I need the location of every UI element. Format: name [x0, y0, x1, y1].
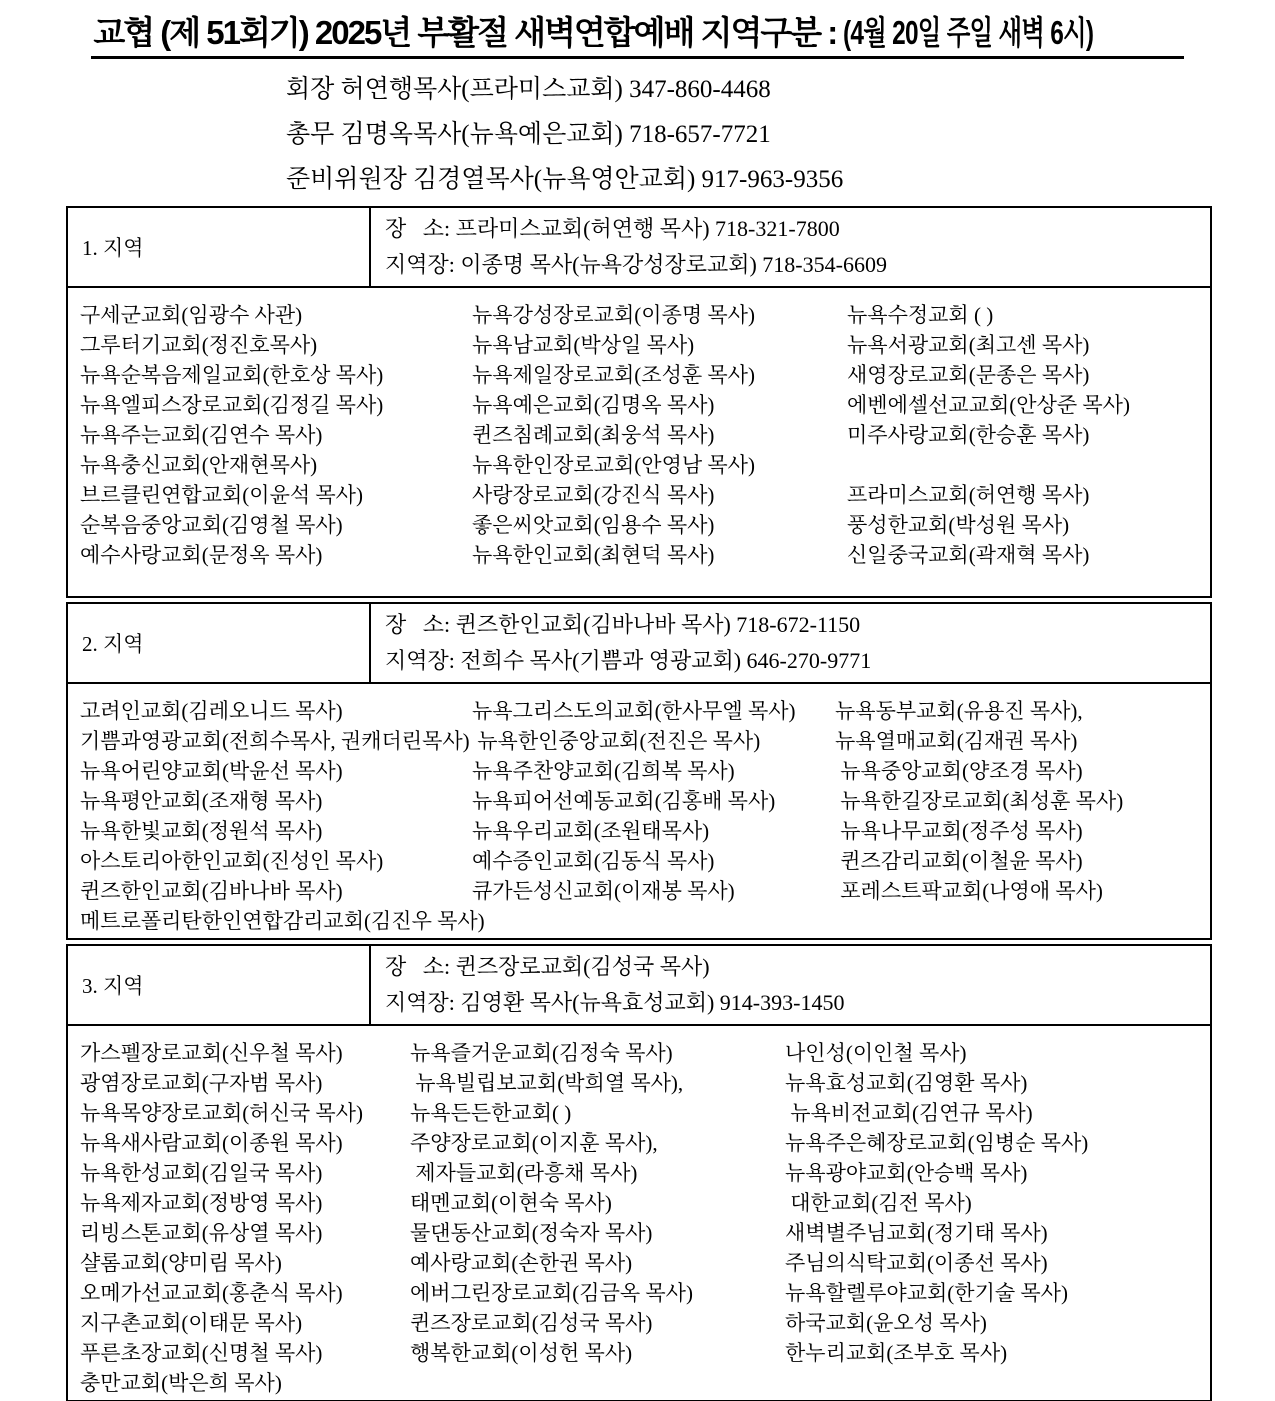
church-cell: 풍성한교회(박성원 목사)	[847, 510, 1069, 540]
section-leader: 지역장: 이종명 목사(뉴욕강성장로교회) 718-354-6609	[385, 247, 887, 283]
church-row: 뉴욕주는교회(김연수 목사)퀸즈침례교회(최웅석 목사)미주사랑교회(한승훈 목…	[80, 420, 1210, 450]
church-cell: 뉴욕한빛교회(정원석 목사)	[80, 816, 472, 846]
church-cell: 새영장로교회(문종은 목사)	[847, 360, 1089, 390]
church-cell: 푸른초장교회(신명철 목사)	[80, 1338, 410, 1368]
church-row: 리빙스톤교회(유상열 목사)물댄동산교회(정숙자 목사)새벽별주님교회(정기태 …	[80, 1218, 1210, 1248]
church-row: 구세군교회(임광수 사관)뉴욕강성장로교회(이종명 목사)뉴욕수정교회 ( )	[80, 300, 1210, 330]
church-cell: 리빙스톤교회(유상열 목사)	[80, 1218, 410, 1248]
section-leader: 지역장: 김영환 목사(뉴욕효성교회) 914-393-1450	[385, 985, 844, 1021]
section-label: 3. 지역	[68, 946, 371, 1024]
church-cell: 대한교회(김전 목사)	[785, 1188, 972, 1218]
church-cell: 뉴욕피어선예동교회(김홍배 목사)	[472, 786, 835, 816]
church-row: 지구촌교회(이태문 목사)퀸즈장로교회(김성국 목사)하국교회(윤오성 목사)	[80, 1308, 1210, 1338]
section-2: 2. 지역장 소: 퀸즈한인교회(김바나바 목사) 718-672-1150지역…	[66, 602, 1212, 940]
church-row: 브르클린연합교회(이윤석 목사)사랑장로교회(강진식 목사)프라미스교회(허연행…	[80, 480, 1210, 510]
church-cell: 뉴욕서광교회(최고센 목사)	[847, 330, 1089, 360]
church-cell: 순복음중앙교회(김영철 목사)	[80, 510, 472, 540]
church-cell: 에벤에셀선교교회(안상준 목사)	[847, 390, 1130, 420]
church-cell: 뉴욕할렐루야교회(한기술 목사)	[785, 1278, 1068, 1308]
church-row: 샬롬교회(양미림 목사)예사랑교회(손한권 목사)주님의식탁교회(이종선 목사)	[80, 1248, 1210, 1278]
church-cell: 뉴욕한길장로교회(최성훈 목사)	[835, 786, 1123, 816]
church-cell: 브르클린연합교회(이윤석 목사)	[80, 480, 472, 510]
church-row: 뉴욕충신교회(안재현목사)뉴욕한인장로교회(안영남 목사)	[80, 450, 1210, 480]
church-cell: 뉴욕그리스도의교회(한사무엘 목사)	[472, 696, 835, 726]
church-row: 뉴욕엘피스장로교회(김정길 목사)뉴욕예은교회(김명옥 목사)에벤에셀선교교회(…	[80, 390, 1210, 420]
church-cell: 퀸즈장로교회(김성국 목사)	[410, 1308, 785, 1338]
section-leader: 지역장: 전희수 목사(기쁨과 영광교회) 646-270-9771	[385, 643, 871, 679]
church-cell: 메트로폴리탄한인연합감리교회(김진우 목사)	[80, 906, 485, 936]
church-cell: 뉴욕충신교회(안재현목사)	[80, 450, 472, 480]
title-date: (4월 20일 주일 새벽 6시)	[843, 12, 1093, 54]
church-row: 기쁨과영광교회(전희수목사, 권캐더린목사) 뉴욕한인중앙교회(전진은 목사)뉴…	[80, 726, 1210, 756]
church-cell: 새벽별주님교회(정기태 목사)	[785, 1218, 1048, 1248]
church-cell	[485, 906, 848, 936]
section-1: 1. 지역장 소: 프라미스교회(허연행 목사) 718-321-7800지역장…	[66, 206, 1212, 598]
church-cell: 샬롬교회(양미림 목사)	[80, 1248, 410, 1278]
church-row: 퀸즈한인교회(김바나바 목사)큐가든성신교회(이재봉 목사) 포레스트팍교회(나…	[80, 876, 1210, 906]
church-cell: 뉴욕한인교회(최현덕 목사)	[472, 540, 847, 570]
church-row: 고려인교회(김레오니드 목사)뉴욕그리스도의교회(한사무엘 목사)뉴욕동부교회(…	[80, 696, 1210, 726]
church-cell: 지구촌교회(이태문 목사)	[80, 1308, 410, 1338]
officers-block: 회장 허연행목사(프라미스교회) 347-860-4468 총무 김명옥목사(뉴…	[0, 67, 1275, 202]
church-cell: 뉴욕주는교회(김연수 목사)	[80, 420, 472, 450]
church-cell: 구세군교회(임광수 사관)	[80, 300, 472, 330]
page-title: 교협 (제 51회기) 2025년 부활절 새벽연합예배 지역구분 : (4월 …	[91, 12, 1183, 59]
church-cell: 뉴욕남교회(박상일 목사)	[472, 330, 847, 360]
church-cell: 광염장로교회(구자범 목사)	[80, 1068, 410, 1098]
church-row: 아스토리아한인교회(진성인 목사)예수증인교회(김동식 목사) 퀸즈감리교회(이…	[80, 846, 1210, 876]
section-label: 2. 지역	[68, 604, 371, 682]
church-cell: 뉴욕한인중앙교회(전진은 목사)	[472, 726, 835, 756]
section-place: 장 소: 퀸즈한인교회(김바나바 목사) 718-672-1150	[385, 607, 871, 643]
church-cell: 큐가든성신교회(이재봉 목사)	[472, 876, 835, 906]
church-cell: 한누리교회(조부호 목사)	[785, 1338, 1007, 1368]
church-cell: 뉴욕든든한교회( )	[410, 1098, 785, 1128]
church-cell: 태멘교회(이현숙 목사)	[410, 1188, 785, 1218]
church-row: 뉴욕한성교회(김일국 목사) 제자들교회(라흥채 목사)뉴욕광야교회(안승백 목…	[80, 1158, 1210, 1188]
church-cell: 나인성(이인철 목사)	[785, 1038, 967, 1068]
church-cell: 포레스트팍교회(나영애 목사)	[835, 876, 1103, 906]
section-body: 구세군교회(임광수 사관)뉴욕강성장로교회(이종명 목사)뉴욕수정교회 ( )그…	[68, 288, 1210, 596]
officer-line-secretary: 총무 김명옥목사(뉴욕예은교회) 718-657-7721	[286, 112, 1275, 157]
section-label: 1. 지역	[68, 208, 371, 286]
church-row: 순복음중앙교회(김영철 목사)좋은씨앗교회(임용수 목사)풍성한교회(박성원 목…	[80, 510, 1210, 540]
church-cell: 주양장로교회(이지훈 목사),	[410, 1128, 785, 1158]
church-cell: 뉴욕평안교회(조재형 목사)	[80, 786, 472, 816]
church-cell: 행복한교회(이성헌 목사)	[410, 1338, 785, 1368]
church-row: 뉴욕목양장로교회(허신국 목사)뉴욕든든한교회( ) 뉴욕비전교회(김연규 목사…	[80, 1098, 1210, 1128]
officer-line-president: 회장 허연행목사(프라미스교회) 347-860-4468	[286, 67, 1275, 112]
church-cell: 뉴욕한성교회(김일국 목사)	[80, 1158, 410, 1188]
church-cell: 충만교회(박은희 목사)	[80, 1368, 410, 1398]
church-row: 푸른초장교회(신명철 목사)행복한교회(이성헌 목사)한누리교회(조부호 목사)	[80, 1338, 1210, 1368]
church-cell: 오메가선교교회(홍춘식 목사)	[80, 1278, 410, 1308]
church-cell: 퀸즈감리교회(이철윤 목사)	[835, 846, 1083, 876]
church-cell: 뉴욕엘피스장로교회(김정길 목사)	[80, 390, 472, 420]
church-cell: 미주사랑교회(한승훈 목사)	[847, 420, 1089, 450]
section-body: 가스펠장로교회(신우철 목사)뉴욕즐거운교회(김정숙 목사)나인성(이인철 목사…	[68, 1026, 1210, 1400]
section-info: 장 소: 프라미스교회(허연행 목사) 718-321-7800지역장: 이종명…	[371, 208, 887, 286]
church-cell: 뉴욕우리교회(조원태목사)	[472, 816, 835, 846]
church-cell: 에버그린장로교회(김금옥 목사)	[410, 1278, 785, 1308]
sections: 1. 지역장 소: 프라미스교회(허연행 목사) 718-321-7800지역장…	[66, 206, 1212, 1401]
church-cell: 좋은씨앗교회(임용수 목사)	[472, 510, 847, 540]
church-cell: 프라미스교회(허연행 목사)	[847, 480, 1089, 510]
section-body: 고려인교회(김레오니드 목사)뉴욕그리스도의교회(한사무엘 목사)뉴욕동부교회(…	[68, 684, 1210, 938]
section-place: 장 소: 퀸즈장로교회(김성국 목사)	[385, 949, 844, 985]
church-cell: 뉴욕비전교회(김연규 목사)	[785, 1098, 1033, 1128]
church-row: 광염장로교회(구자범 목사) 뉴욕빌립보교회(박희열 목사),뉴욕효성교회(김영…	[80, 1068, 1210, 1098]
church-cell: 퀸즈한인교회(김바나바 목사)	[80, 876, 472, 906]
section-3: 3. 지역장 소: 퀸즈장로교회(김성국 목사)지역장: 김영환 목사(뉴욕효성…	[66, 944, 1212, 1401]
church-row: 뉴욕한빛교회(정원석 목사)뉴욕우리교회(조원태목사) 뉴욕나무교회(정주성 목…	[80, 816, 1210, 846]
section-header: 1. 지역장 소: 프라미스교회(허연행 목사) 718-321-7800지역장…	[68, 208, 1210, 288]
section-place: 장 소: 프라미스교회(허연행 목사) 718-321-7800	[385, 211, 887, 247]
section-info: 장 소: 퀸즈장로교회(김성국 목사)지역장: 김영환 목사(뉴욕효성교회) 9…	[371, 946, 844, 1024]
church-row: 예수사랑교회(문정옥 목사)뉴욕한인교회(최현덕 목사)신일중국교회(곽재혁 목…	[80, 540, 1210, 570]
church-cell: 하국교회(윤오성 목사)	[785, 1308, 987, 1338]
section-info: 장 소: 퀸즈한인교회(김바나바 목사) 718-672-1150지역장: 전희…	[371, 604, 871, 682]
church-cell: 뉴욕효성교회(김영환 목사)	[785, 1068, 1027, 1098]
church-cell: 신일중국교회(곽재혁 목사)	[847, 540, 1089, 570]
church-cell: 뉴욕예은교회(김명옥 목사)	[472, 390, 847, 420]
church-row: 뉴욕순복음제일교회(한호상 목사)뉴욕제일장로교회(조성훈 목사)새영장로교회(…	[80, 360, 1210, 390]
church-cell: 뉴욕빌립보교회(박희열 목사),	[410, 1068, 785, 1098]
church-cell: 사랑장로교회(강진식 목사)	[472, 480, 847, 510]
church-cell: 고려인교회(김레오니드 목사)	[80, 696, 472, 726]
church-cell: 가스펠장로교회(신우철 목사)	[80, 1038, 410, 1068]
church-cell: 뉴욕나무교회(정주성 목사)	[835, 816, 1083, 846]
church-cell: 제자들교회(라흥채 목사)	[410, 1158, 785, 1188]
church-cell: 뉴욕중앙교회(양조경 목사)	[835, 756, 1083, 786]
church-row: 가스펠장로교회(신우철 목사)뉴욕즐거운교회(김정숙 목사)나인성(이인철 목사…	[80, 1038, 1210, 1068]
church-row: 메트로폴리탄한인연합감리교회(김진우 목사)	[80, 906, 1210, 936]
church-cell: 뉴욕즐거운교회(김정숙 목사)	[410, 1038, 785, 1068]
church-cell: 뉴욕주은혜장로교회(임병순 목사)	[785, 1128, 1088, 1158]
church-cell: 예사랑교회(손한권 목사)	[410, 1248, 785, 1278]
church-cell: 뉴욕새사람교회(이종원 목사)	[80, 1128, 410, 1158]
title-main: 교협 (제 51회기) 2025년 부활절 새벽연합예배 지역구분 :	[93, 14, 843, 51]
church-row: 오메가선교교회(홍춘식 목사)에버그린장로교회(김금옥 목사)뉴욕할렐루야교회(…	[80, 1278, 1210, 1308]
church-row: 뉴욕평안교회(조재형 목사)뉴욕피어선예동교회(김홍배 목사) 뉴욕한길장로교회…	[80, 786, 1210, 816]
church-cell: 예수증인교회(김동식 목사)	[472, 846, 835, 876]
section-header: 3. 지역장 소: 퀸즈장로교회(김성국 목사)지역장: 김영환 목사(뉴욕효성…	[68, 946, 1210, 1026]
church-row: 그루터기교회(정진호목사)뉴욕남교회(박상일 목사)뉴욕서광교회(최고센 목사)	[80, 330, 1210, 360]
church-row: 충만교회(박은희 목사)	[80, 1368, 1210, 1398]
church-cell: 퀸즈침례교회(최웅석 목사)	[472, 420, 847, 450]
section-header: 2. 지역장 소: 퀸즈한인교회(김바나바 목사) 718-672-1150지역…	[68, 604, 1210, 684]
church-cell: 뉴욕순복음제일교회(한호상 목사)	[80, 360, 472, 390]
church-cell: 뉴욕제일장로교회(조성훈 목사)	[472, 360, 847, 390]
church-cell: 예수사랑교회(문정옥 목사)	[80, 540, 472, 570]
church-cell: 뉴욕어린양교회(박윤선 목사)	[80, 756, 472, 786]
church-row: 뉴욕새사람교회(이종원 목사)주양장로교회(이지훈 목사),뉴욕주은혜장로교회(…	[80, 1128, 1210, 1158]
church-cell: 뉴욕강성장로교회(이종명 목사)	[472, 300, 847, 330]
church-cell: 뉴욕동부교회(유용진 목사),	[835, 696, 1083, 726]
church-cell: 뉴욕열매교회(김재권 목사)	[835, 726, 1077, 756]
church-cell: 물댄동산교회(정숙자 목사)	[410, 1218, 785, 1248]
officer-line-chair: 준비위원장 김경열목사(뉴욕영안교회) 917-963-9356	[286, 157, 1275, 202]
title-wrap: 교협 (제 51회기) 2025년 부활절 새벽연합예배 지역구분 : (4월 …	[0, 0, 1275, 59]
church-cell: 기쁨과영광교회(전희수목사, 권캐더린목사)	[80, 726, 472, 756]
church-cell: 아스토리아한인교회(진성인 목사)	[80, 846, 472, 876]
church-cell: 뉴욕제자교회(정방영 목사)	[80, 1188, 410, 1218]
church-cell: 그루터기교회(정진호목사)	[80, 330, 472, 360]
church-cell: 뉴욕광야교회(안승백 목사)	[785, 1158, 1027, 1188]
church-cell: 뉴욕한인장로교회(안영남 목사)	[472, 450, 847, 480]
church-cell: 뉴욕수정교회 ( )	[847, 300, 993, 330]
church-row: 뉴욕제자교회(정방영 목사)태멘교회(이현숙 목사) 대한교회(김전 목사)	[80, 1188, 1210, 1218]
church-cell: 주님의식탁교회(이종선 목사)	[785, 1248, 1048, 1278]
church-cell	[410, 1368, 785, 1398]
church-row: 뉴욕어린양교회(박윤선 목사)뉴욕주찬양교회(김희복 목사) 뉴욕중앙교회(양조…	[80, 756, 1210, 786]
church-cell: 뉴욕주찬양교회(김희복 목사)	[472, 756, 835, 786]
church-cell: 뉴욕목양장로교회(허신국 목사)	[80, 1098, 410, 1128]
